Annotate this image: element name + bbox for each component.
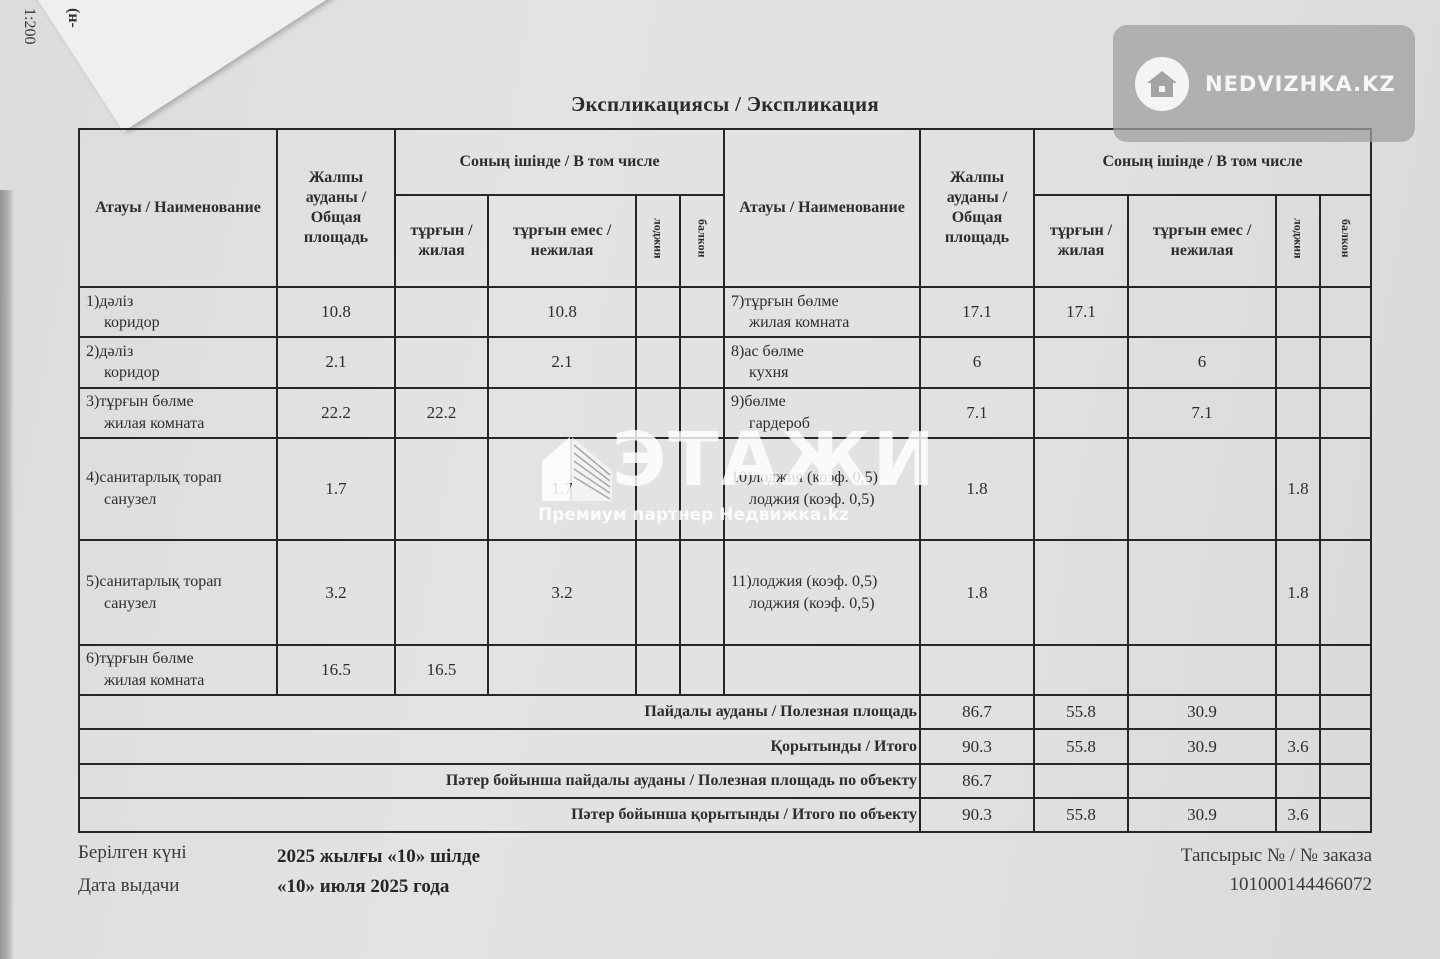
nedvizhka-badge: NEDVIZHKA.KZ — [1113, 25, 1415, 142]
area-balcony — [680, 287, 724, 337]
totals-living: 55.8 — [1034, 729, 1128, 763]
totals-loggia — [1276, 695, 1320, 729]
area-nonliving — [488, 388, 636, 438]
area-living — [1034, 438, 1128, 541]
area-nonliving: 10.8 — [488, 287, 636, 337]
area-total: 2.1 — [277, 337, 395, 387]
totals-total: 86.7 — [920, 764, 1034, 798]
totals-label: Пайдалы ауданы / Полезная площадь — [79, 695, 920, 729]
document-title: Экспликациясы / Экспликация — [520, 92, 930, 117]
room-name: 10)лоджия (коэф. 0,5)лоджия (коэф. 0,5) — [724, 438, 920, 541]
area-total: 1.7 — [277, 438, 395, 541]
area-loggia — [1276, 388, 1320, 438]
area-living — [1034, 388, 1128, 438]
totals-label: Пәтер бойынша қорытынды / Итого по объек… — [79, 798, 920, 832]
room-name-ru: санузел — [86, 593, 272, 615]
area-total — [920, 645, 1034, 695]
area-balcony — [1320, 337, 1371, 387]
area-loggia — [1276, 337, 1320, 387]
area-loggia — [636, 645, 680, 695]
totals-nonliving: 30.9 — [1128, 695, 1276, 729]
room-name-ru: гардероб — [731, 413, 915, 435]
area-living — [395, 540, 488, 645]
area-nonliving: 2.1 — [488, 337, 636, 387]
totals-row: Пәтер бойынша пайдалы ауданы / Полезная … — [79, 764, 1371, 798]
totals-balcony — [1320, 695, 1371, 729]
area-nonliving — [1128, 540, 1276, 645]
table-row: 5)санитарлық торапсанузел3.23.211)лоджия… — [79, 540, 1371, 645]
area-living — [395, 337, 488, 387]
totals-balcony — [1320, 764, 1371, 798]
room-name: 5)санитарлық торапсанузел — [79, 540, 277, 645]
room-name-kz: 8)ас бөлме — [731, 343, 804, 360]
area-living: 16.5 — [395, 645, 488, 695]
area-loggia — [636, 540, 680, 645]
area-balcony — [1320, 388, 1371, 438]
explication-table: Атауы / Наименование Жалпы ауданы / Обща… — [78, 128, 1372, 833]
header-total-area: Жалпы ауданы / Общая площадь — [277, 129, 395, 287]
area-balcony — [680, 540, 724, 645]
header-nonliving: тұрғын емес / нежилая — [1128, 195, 1276, 287]
room-name-kz: 3)тұрғын бөлме — [86, 393, 194, 410]
header-total-area: Жалпы ауданы / Общая площадь — [920, 129, 1034, 287]
area-nonliving: 1.7 — [488, 438, 636, 541]
room-name: 3)тұрғын бөлмежилая комната — [79, 388, 277, 438]
area-balcony — [1320, 438, 1371, 541]
area-total: 17.1 — [920, 287, 1034, 337]
issue-date-label-ru: Дата выдачи — [78, 875, 179, 897]
totals-total: 86.7 — [920, 695, 1034, 729]
totals-row: Пайдалы ауданы / Полезная площадь86.755.… — [79, 695, 1371, 729]
table-row: 4)санитарлық торапсанузел1.71.710)лоджия… — [79, 438, 1371, 541]
room-name: 7)тұрғын бөлмежилая комната — [724, 287, 920, 337]
room-name: 2)дәлізкоридор — [79, 337, 277, 387]
badge-text: NEDVIZHKA.KZ — [1205, 72, 1396, 96]
room-name-ru: коридор — [86, 312, 272, 334]
room-name-kz: 10)лоджия (коэф. 0,5) — [731, 469, 878, 486]
area-loggia — [1276, 287, 1320, 337]
issue-date-kz: 2025 жылғы «10» шілде — [277, 846, 480, 868]
area-balcony — [1320, 645, 1371, 695]
header-name: Атауы / Наименование — [79, 129, 277, 287]
table-row: 3)тұрғын бөлмежилая комната22.222.29)бөл… — [79, 388, 1371, 438]
header-balcony: балкон — [680, 195, 724, 287]
header-living: тұрғын / жилая — [395, 195, 488, 287]
area-nonliving: 3.2 — [488, 540, 636, 645]
area-nonliving: 6 — [1128, 337, 1276, 387]
totals-nonliving: 30.9 — [1128, 729, 1276, 763]
totals-total: 90.3 — [920, 729, 1034, 763]
table-row: 6)тұрғын бөлмежилая комната16.516.5 — [79, 645, 1371, 695]
area-balcony — [680, 645, 724, 695]
area-total: 1.8 — [920, 540, 1034, 645]
room-name-ru: жилая комната — [86, 413, 272, 435]
area-total: 7.1 — [920, 388, 1034, 438]
area-total: 22.2 — [277, 388, 395, 438]
totals-living: 55.8 — [1034, 798, 1128, 832]
area-loggia — [636, 388, 680, 438]
totals-loggia: 3.6 — [1276, 798, 1320, 832]
area-nonliving — [1128, 438, 1276, 541]
totals-row: Қорытынды / Итого90.355.830.93.6 — [79, 729, 1371, 763]
issue-date-label-kz: Берілген күні — [78, 842, 187, 864]
room-name: 4)санитарлық торапсанузел — [79, 438, 277, 541]
room-name: 11)лоджия (коэф. 0,5)лоджия (коэф. 0,5) — [724, 540, 920, 645]
room-name-ru: жилая комната — [731, 312, 915, 334]
totals-loggia: 3.6 — [1276, 729, 1320, 763]
totals-label: Қорытынды / Итого — [79, 729, 920, 763]
corner-mark: (н- — [64, 8, 82, 28]
scale-mark: 1:200 — [20, 8, 38, 44]
area-balcony — [680, 337, 724, 387]
page-edge-shadow — [0, 190, 14, 959]
area-loggia — [1276, 645, 1320, 695]
area-living: 17.1 — [1034, 287, 1128, 337]
room-name-kz: 1)дәліз — [86, 293, 133, 310]
header-living: тұрғын / жилая — [1034, 195, 1128, 287]
area-nonliving — [1128, 645, 1276, 695]
area-total: 1.8 — [920, 438, 1034, 541]
room-name-kz: 5)санитарлық торап — [86, 573, 222, 590]
room-name — [724, 645, 920, 695]
area-total: 16.5 — [277, 645, 395, 695]
area-balcony — [680, 388, 724, 438]
totals-nonliving — [1128, 764, 1276, 798]
area-living: 22.2 — [395, 388, 488, 438]
room-name-kz: 6)тұрғын бөлме — [86, 650, 194, 667]
area-living — [395, 438, 488, 541]
totals-balcony — [1320, 729, 1371, 763]
area-balcony — [1320, 540, 1371, 645]
totals-loggia — [1276, 764, 1320, 798]
room-name-ru: лоджия (коэф. 0,5) — [731, 593, 915, 615]
totals-label: Пәтер бойынша пайдалы ауданы / Полезная … — [79, 764, 920, 798]
area-total: 3.2 — [277, 540, 395, 645]
header-name: Атауы / Наименование — [724, 129, 920, 287]
order-number: 101000144466072 — [1230, 874, 1373, 896]
area-living — [1034, 540, 1128, 645]
totals-row: Пәтер бойынша қорытынды / Итого по объек… — [79, 798, 1371, 832]
header-including: Соның ішінде / В том числе — [395, 129, 724, 195]
header-balcony: балкон — [1320, 195, 1371, 287]
header-loggia: лоджия — [636, 195, 680, 287]
area-balcony — [680, 438, 724, 541]
table-row: 1)дәлізкоридор10.810.87)тұрғын бөлмежила… — [79, 287, 1371, 337]
room-name-ru: коридор — [86, 362, 272, 384]
room-name: 8)ас бөлмекухня — [724, 337, 920, 387]
room-name-ru: кухня — [731, 362, 915, 384]
header-nonliving: тұрғын емес / нежилая — [488, 195, 636, 287]
totals-total: 90.3 — [920, 798, 1034, 832]
area-nonliving: 7.1 — [1128, 388, 1276, 438]
area-loggia: 1.8 — [1276, 438, 1320, 541]
room-name: 1)дәлізкоридор — [79, 287, 277, 337]
room-name-ru: санузел — [86, 489, 272, 511]
area-loggia — [636, 337, 680, 387]
order-label: Тапсырыс № / № заказа — [1181, 845, 1372, 867]
room-name-kz: 11)лоджия (коэф. 0,5) — [731, 573, 877, 590]
totals-living — [1034, 764, 1128, 798]
area-living — [395, 287, 488, 337]
room-name-kz: 2)дәліз — [86, 343, 133, 360]
area-total: 6 — [920, 337, 1034, 387]
room-name: 6)тұрғын бөлмежилая комната — [79, 645, 277, 695]
room-name-ru: лоджия (коэф. 0,5) — [731, 489, 915, 511]
totals-nonliving: 30.9 — [1128, 798, 1276, 832]
area-total: 10.8 — [277, 287, 395, 337]
house-icon — [1135, 57, 1189, 111]
room-name: 9)бөлмегардероб — [724, 388, 920, 438]
table-row: 2)дәлізкоридор2.12.18)ас бөлмекухня66 — [79, 337, 1371, 387]
area-loggia: 1.8 — [1276, 540, 1320, 645]
area-nonliving — [1128, 287, 1276, 337]
room-name-kz: 9)бөлме — [731, 393, 786, 410]
room-name-kz: 4)санитарлық торап — [86, 469, 222, 486]
area-balcony — [1320, 287, 1371, 337]
room-name-kz: 7)тұрғын бөлме — [731, 293, 839, 310]
area-loggia — [636, 438, 680, 541]
area-nonliving — [488, 645, 636, 695]
issue-date-ru: «10» июля 2025 года — [277, 876, 449, 898]
room-name-ru: жилая комната — [86, 670, 272, 692]
totals-balcony — [1320, 798, 1371, 832]
area-living — [1034, 645, 1128, 695]
header-loggia: лоджия — [1276, 195, 1320, 287]
totals-living: 55.8 — [1034, 695, 1128, 729]
area-living — [1034, 337, 1128, 387]
area-loggia — [636, 287, 680, 337]
